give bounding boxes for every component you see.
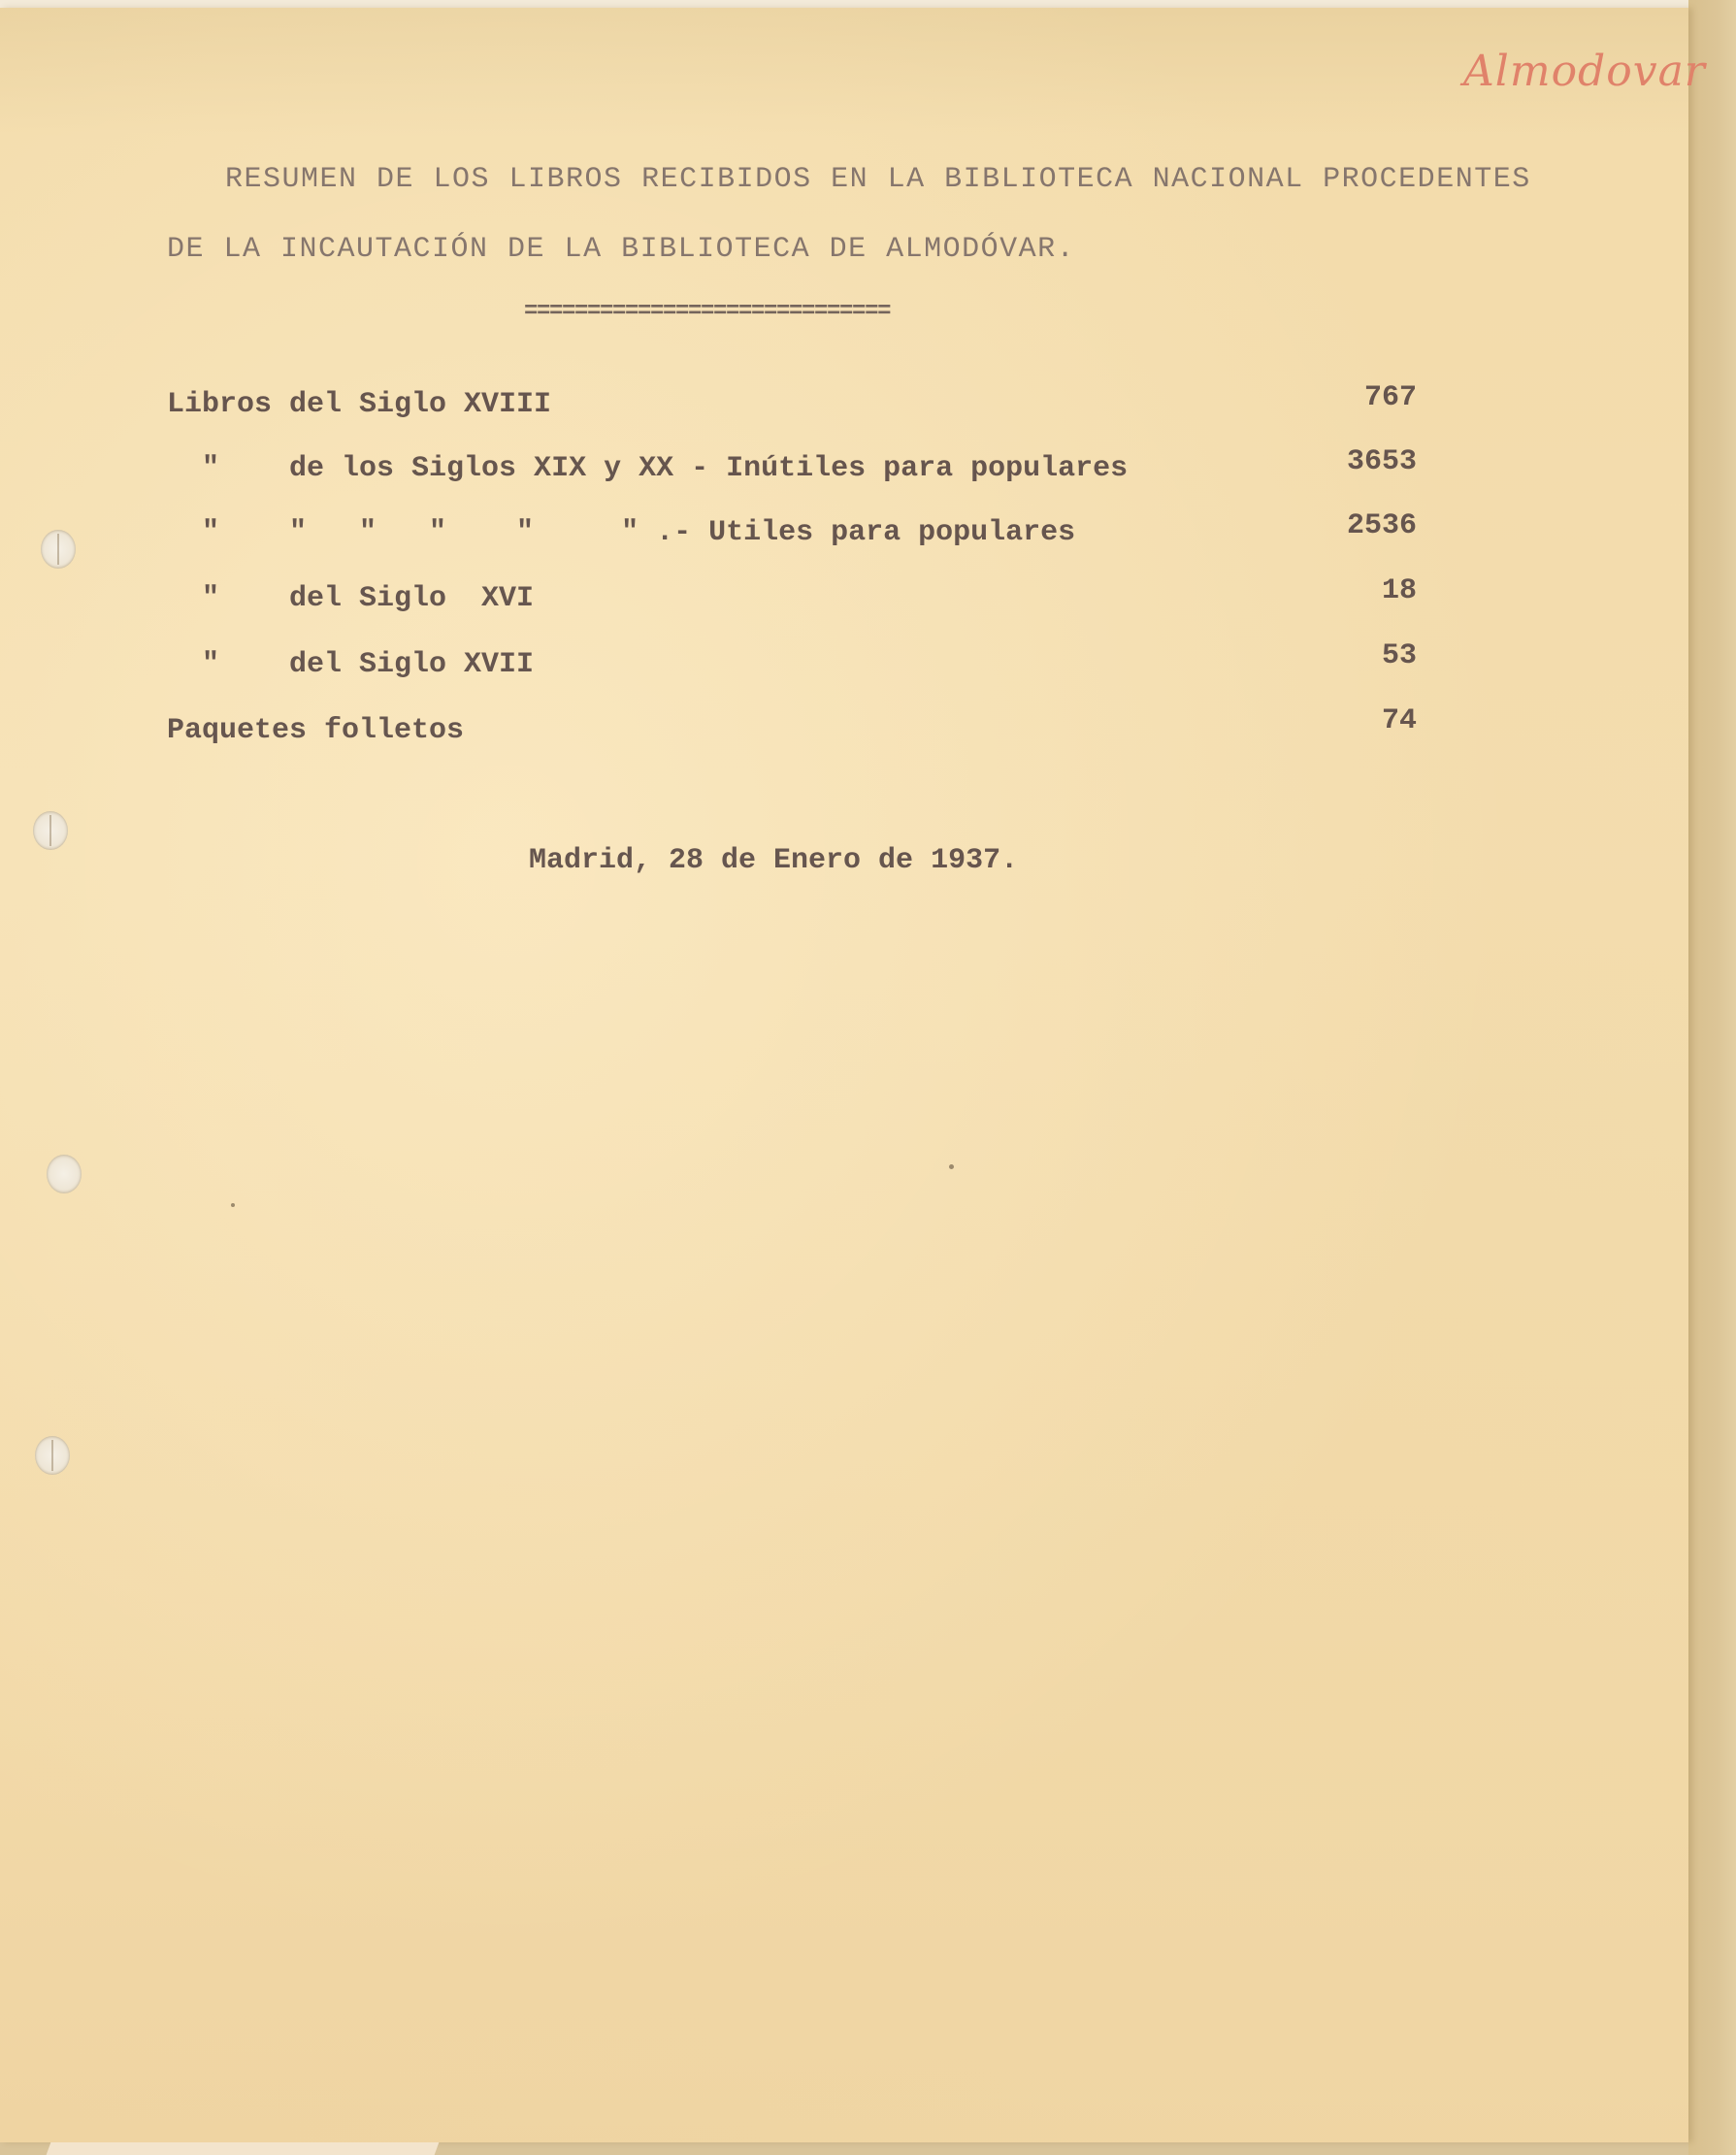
row-value: 18 [1223, 574, 1417, 607]
row-label: " del Siglo XVII [167, 648, 534, 681]
title-line-2: DE LA INCAUTACIÓN DE LA BIBLIOTECA DE AL… [167, 233, 1075, 266]
row-label: " de los Siglos XIX y XX - Inútiles para… [167, 452, 1128, 485]
ink-speck [231, 1203, 235, 1207]
row-value: 2536 [1223, 509, 1417, 542]
row-value: 74 [1223, 704, 1417, 737]
date-line: Madrid, 28 de Enero de 1937. [529, 844, 1018, 877]
row-label: " del Siglo XVI [167, 582, 534, 615]
title-separator: ============================= [524, 299, 890, 325]
document-sheet: Almodovar RESUMEN DE LOS LIBROS RECIBIDO… [0, 8, 1688, 2142]
paper-bottom-edge [47, 2142, 440, 2155]
row-value: 53 [1223, 639, 1417, 672]
row-value: 3653 [1223, 445, 1417, 478]
punch-hole [41, 530, 76, 569]
row-label: " " " " " " .- Utiles para populares [167, 516, 1075, 549]
row-value: 767 [1223, 381, 1417, 414]
punch-hole [33, 811, 68, 850]
punch-hole [35, 1436, 70, 1475]
paper-top-edge [0, 0, 1736, 8]
row-label: Libros del Siglo XVIII [167, 388, 551, 421]
scan-background-strip [1688, 0, 1736, 2155]
row-label: Paquetes folletos [167, 714, 464, 747]
ink-speck [949, 1164, 954, 1169]
punch-hole [47, 1155, 82, 1193]
handwritten-annotation: Almodovar [1463, 47, 1706, 96]
title-line-1: RESUMEN DE LOS LIBROS RECIBIDOS EN LA BI… [225, 163, 1531, 196]
